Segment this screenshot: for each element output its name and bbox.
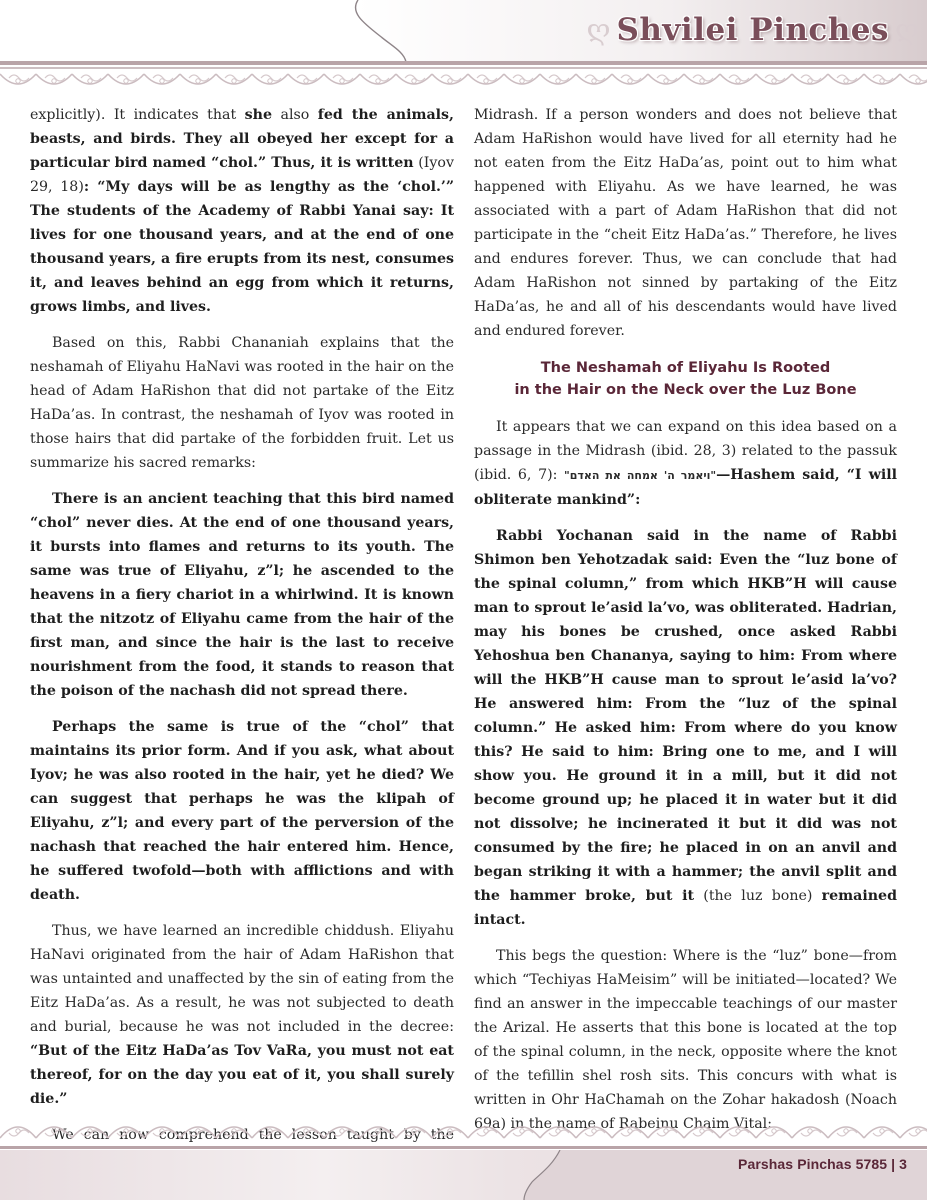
heading-line: The Neshamah of Eliyahu Is Rooted xyxy=(474,357,897,379)
bold-run: Rabbi Yochanan said in the name of Rabbi… xyxy=(474,528,897,904)
bold-run: “But of the Eitz HaDa’as Tov VaRa, you m… xyxy=(30,1043,454,1107)
paragraph: Thus, we have learned an incredible chid… xyxy=(30,919,454,1111)
header-title-group: ღ Shvilei Pinches ღ xyxy=(586,8,919,52)
flourish-left-icon: ღ xyxy=(586,16,610,44)
header-rule xyxy=(0,61,927,65)
section-heading: The Neshamah of Eliyahu Is Rooted in the… xyxy=(474,357,897,401)
flourish-right-icon: ღ xyxy=(895,16,919,44)
header-rule-thin xyxy=(0,67,927,69)
paragraph: explicitly). It indicates that she also … xyxy=(30,103,454,319)
footer-rule xyxy=(0,1146,927,1149)
page-header: ღ Shvilei Pinches ღ xyxy=(0,0,927,110)
paragraph: This begs the question: Where is the “lu… xyxy=(474,944,897,1136)
text-run: also xyxy=(272,107,318,123)
heading-line: in the Hair on the Neck over the Luz Bon… xyxy=(474,379,897,401)
bold-run: she xyxy=(245,107,272,123)
bold-run: Perhaps the same is true of the “chol” t… xyxy=(30,719,454,903)
bold-run: There is an ancient teaching that this b… xyxy=(30,491,454,699)
hebrew-passuk: "ויאמר ה' אמחה את האדם" xyxy=(564,469,716,482)
bold-quote-paragraph: Rabbi Yochanan said in the name of Rabbi… xyxy=(474,524,897,932)
bold-quote-paragraph: Perhaps the same is true of the “chol” t… xyxy=(30,715,454,907)
paragraph: Based on this, Rabbi Chananiah explains … xyxy=(30,331,454,475)
bold-run: : “My days will be as lengthy as the ‘ch… xyxy=(30,179,454,315)
paragraph: It appears that we can expand on this id… xyxy=(474,415,897,512)
page-footer-label: Parshas Pinchas 5785 | 3 xyxy=(738,1156,907,1172)
right-column: Midrash. If a person wonders and does no… xyxy=(474,103,897,1174)
text-run: Thus, we have learned an incredible chid… xyxy=(30,923,454,1035)
ornamental-border-top xyxy=(0,70,927,92)
left-column: explicitly). It indicates that she also … xyxy=(30,103,454,1159)
publication-title: Shvilei Pinches xyxy=(616,12,889,48)
ornamental-border-bottom xyxy=(0,1118,927,1142)
paragraph: Midrash. If a person wonders and does no… xyxy=(474,103,897,343)
text-run: (the luz bone) xyxy=(694,888,822,904)
bold-quote-paragraph: There is an ancient teaching that this b… xyxy=(30,487,454,703)
text-run: explicitly). It indicates that xyxy=(30,107,245,123)
